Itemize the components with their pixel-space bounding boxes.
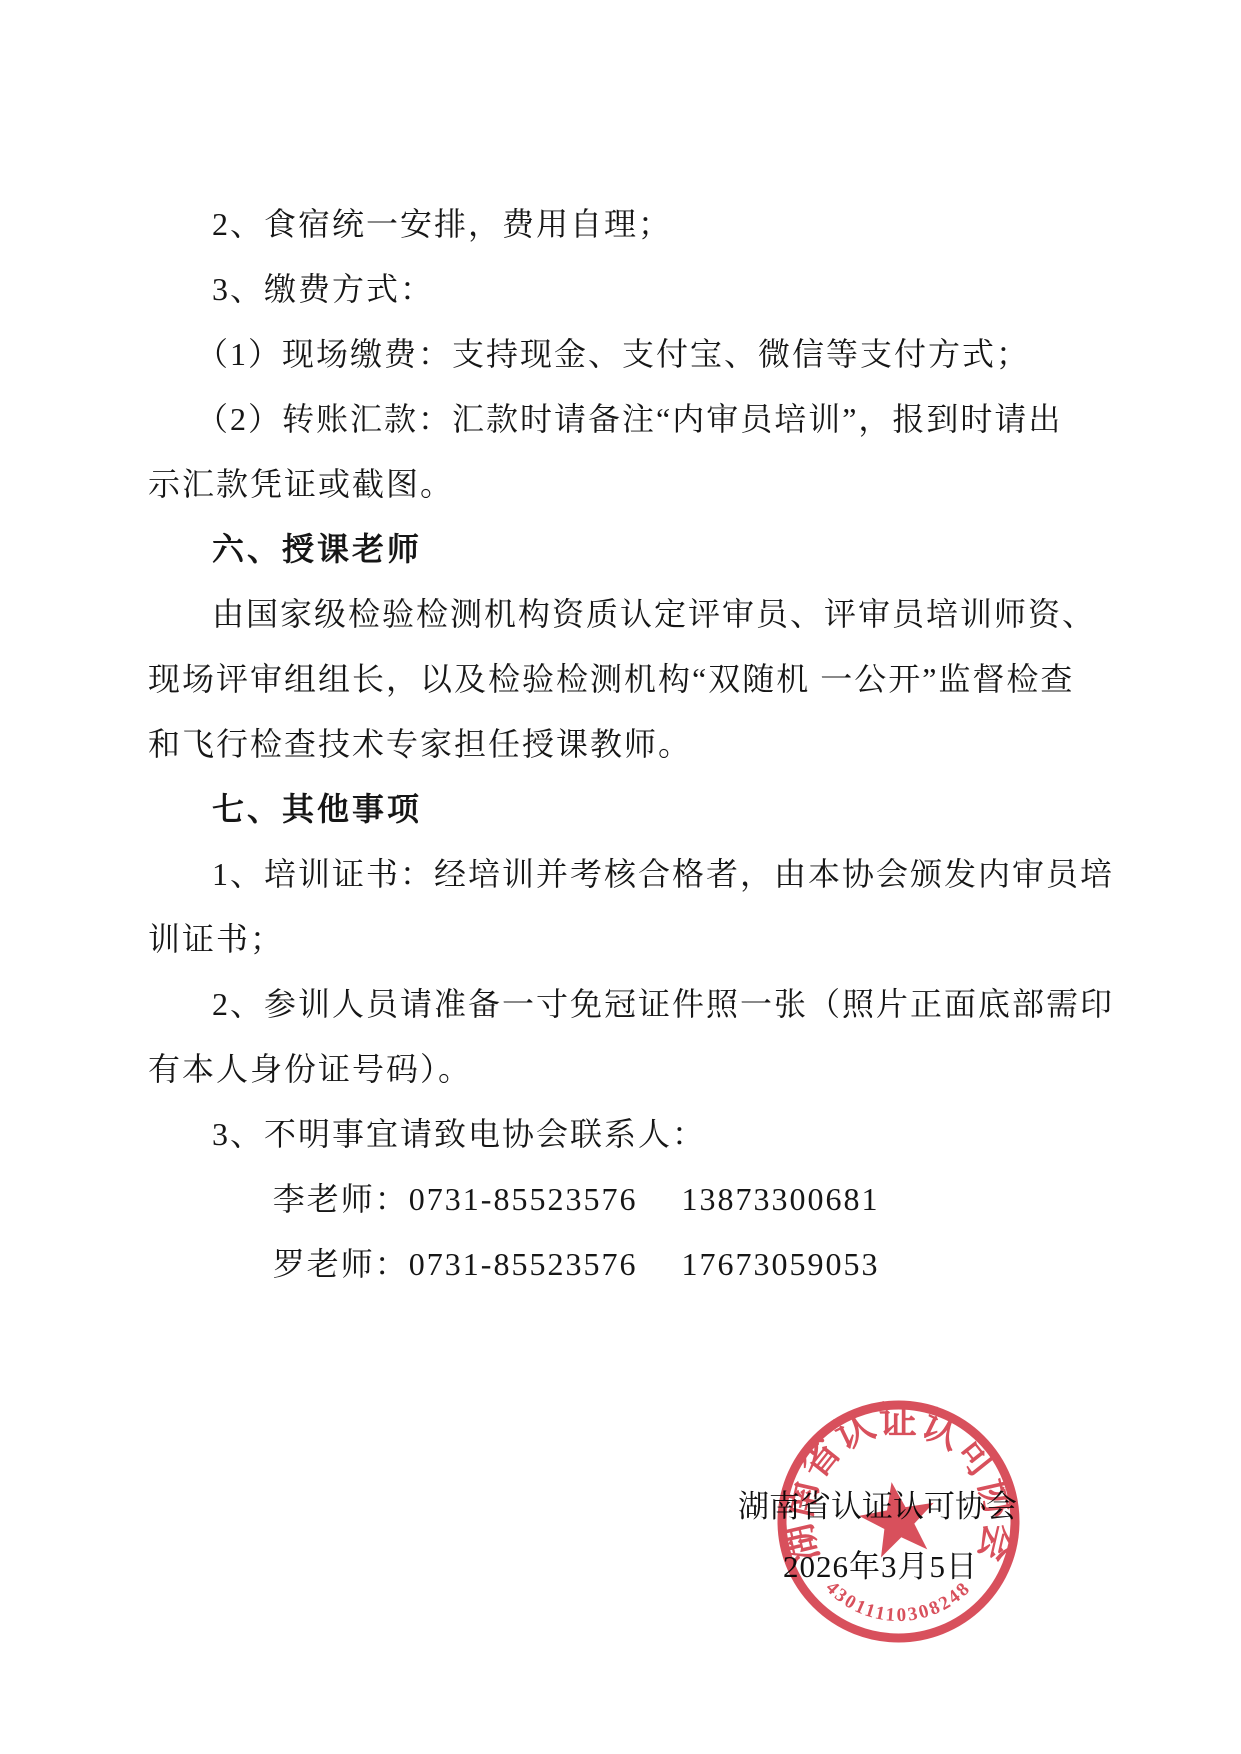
document-line: 有本人身份证号码）。 <box>148 1037 1108 1102</box>
document-line: 六、授课老师 <box>148 517 1108 582</box>
document-line: 示汇款凭证或截图。 <box>148 452 1108 517</box>
document-line: 1、培训证书：经培训并考核合格者，由本协会颁发内审员培 <box>148 842 1108 907</box>
document-line: 罗老师：0731-85523576 17673059053 <box>148 1232 1108 1297</box>
document-line: 李老师：0731-85523576 13873300681 <box>148 1167 1108 1232</box>
document-line: 2、食宿统一安排，费用自理； <box>148 192 1108 257</box>
document-line: 现场评审组组长，以及检验检测机构“双随机 一公开”监督检查 <box>148 647 1108 712</box>
seal-ring-text: 湖南省认证认可协会 <box>777 1400 1020 1566</box>
document-line: 由国家级检验检测机构资质认定评审员、评审员培训师资、 <box>148 582 1108 647</box>
document-line: （2）转账汇款：汇款时请备注“内审员培训”，报到时请出 <box>148 387 1108 452</box>
document-body: 2、食宿统一安排，费用自理；3、缴费方式：（1）现场缴费：支持现金、支付宝、微信… <box>148 192 1108 1297</box>
document-line: 和飞行检查技术专家担任授课教师。 <box>148 712 1108 777</box>
seal-star <box>854 1476 941 1560</box>
document-line: 3、不明事宜请致电协会联系人： <box>148 1102 1108 1167</box>
document-line: 3、缴费方式： <box>148 257 1108 322</box>
document-line: 2、参训人员请准备一寸免冠证件照一张（照片正面底部需印 <box>148 972 1108 1037</box>
document-line: （1）现场缴费：支持现金、支付宝、微信等支付方式； <box>148 322 1108 387</box>
seal-serial-number: 43011110308248 <box>821 1577 975 1626</box>
official-seal: 湖南省认证认可协会 43011110308248 <box>776 1399 1021 1644</box>
document-page: 2、食宿统一安排，费用自理；3、缴费方式：（1）现场缴费：支持现金、支付宝、微信… <box>0 0 1241 1754</box>
document-line: 训证书； <box>148 907 1108 972</box>
document-line: 七、其他事项 <box>148 777 1108 842</box>
